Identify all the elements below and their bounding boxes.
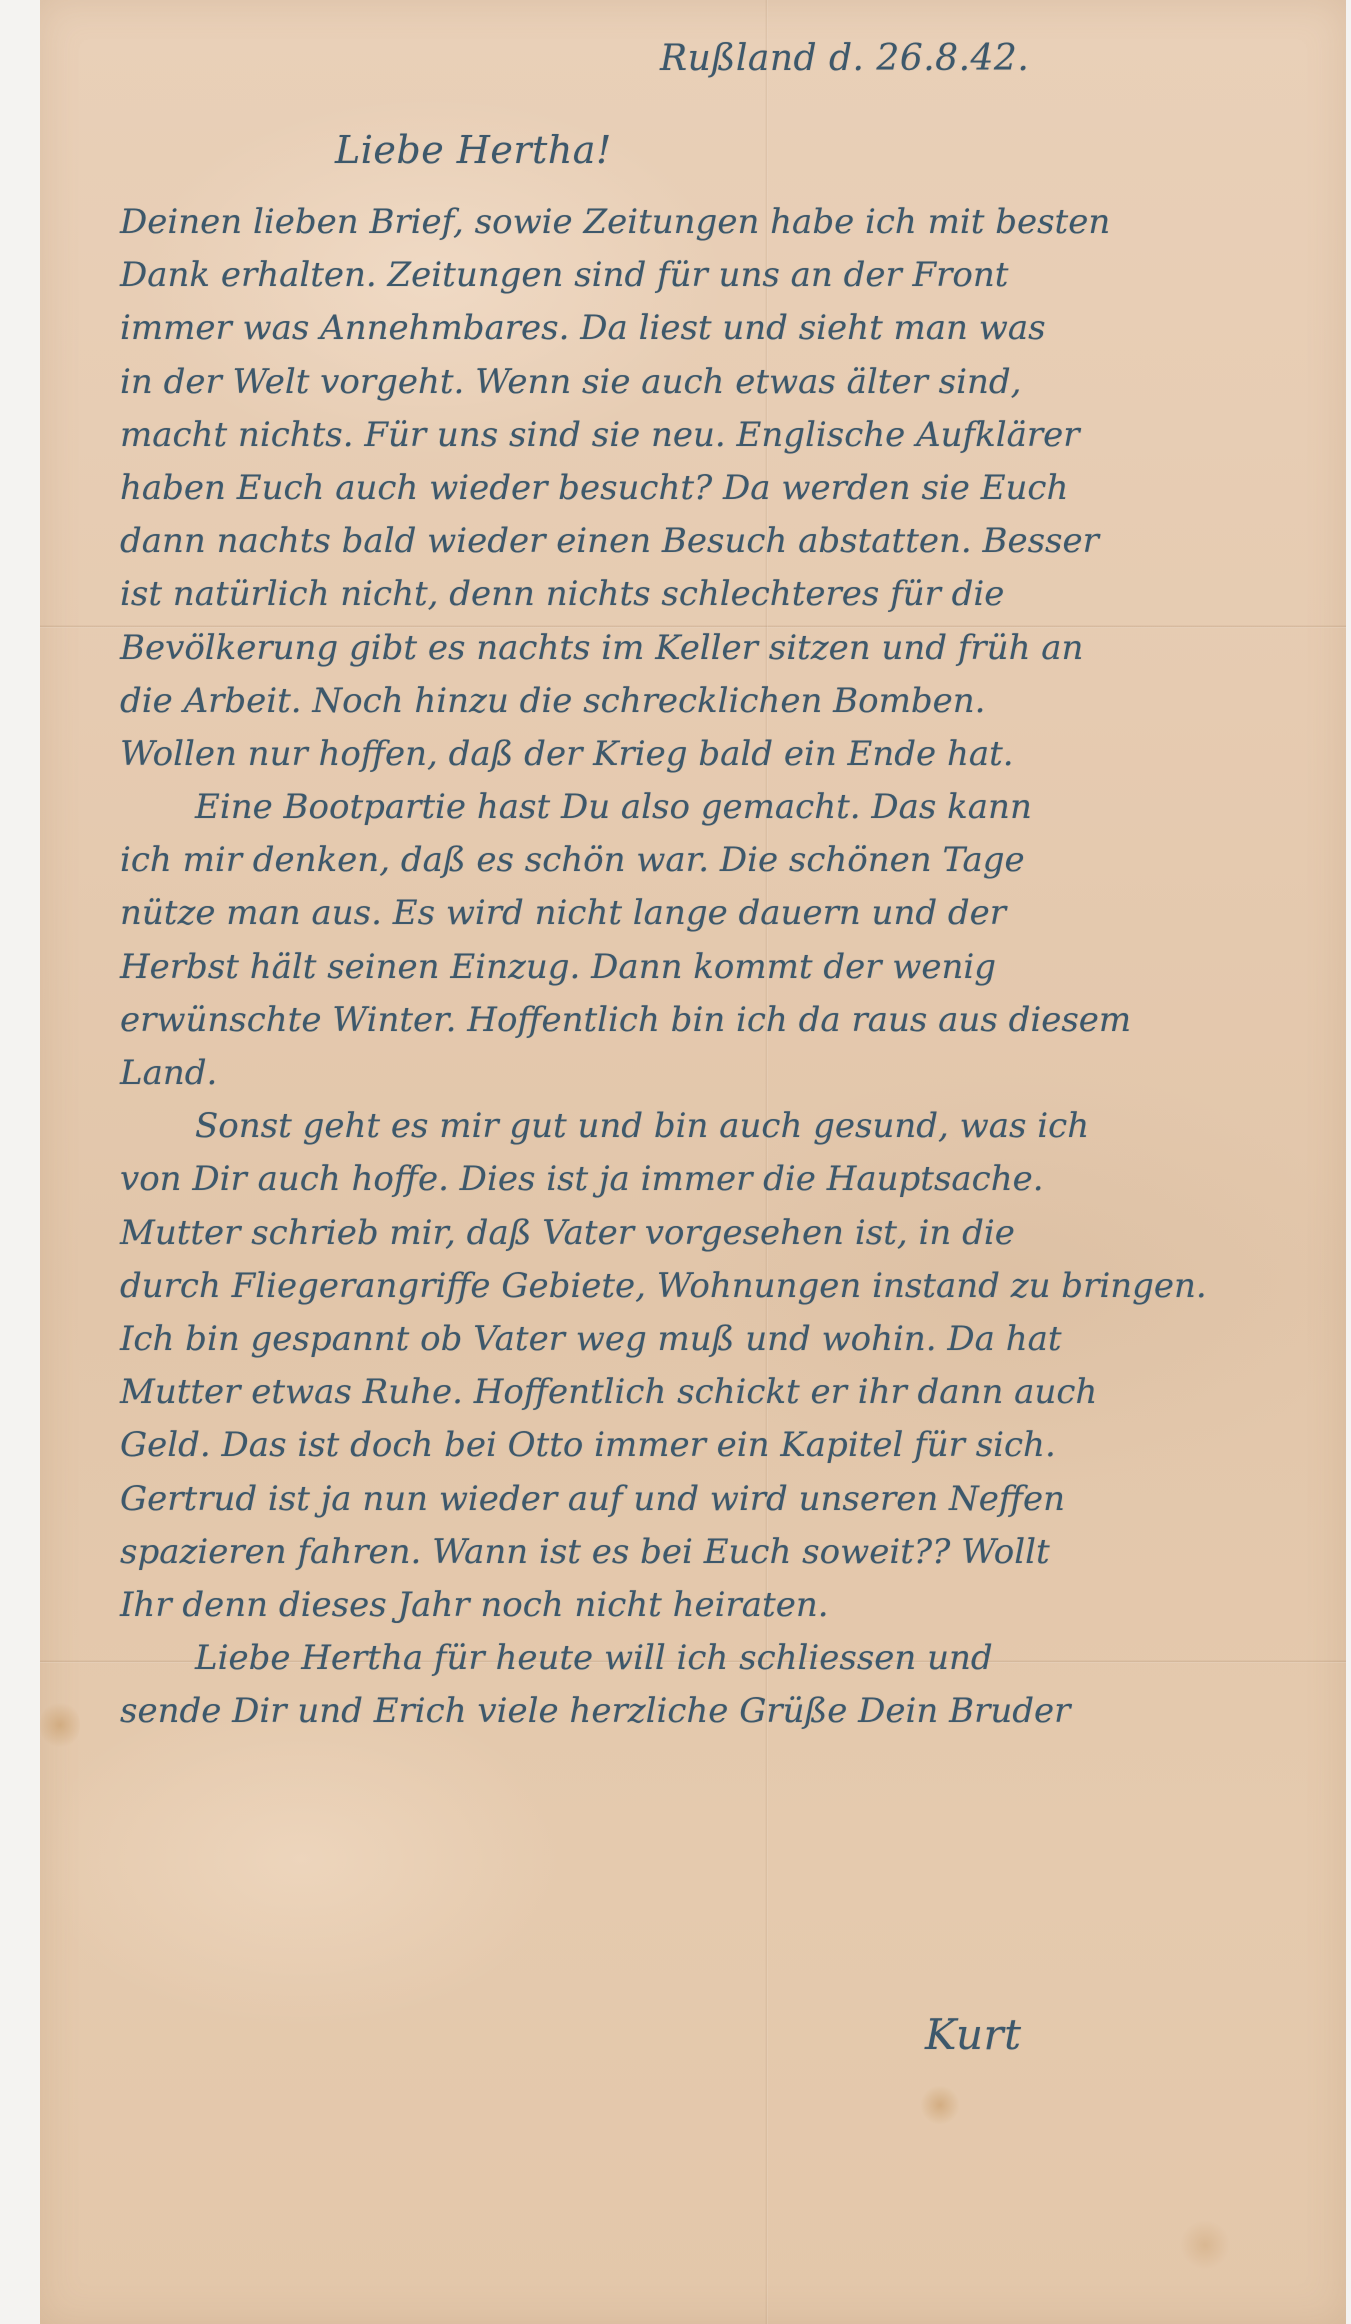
letter-line: immer was Annehmbares. Da liest und sieh… [120, 302, 1320, 355]
stain [1180, 2220, 1230, 2270]
letter-line: Liebe Hertha für heute will ich schliess… [120, 1632, 1320, 1685]
letter-line: Geld. Das ist doch bei Otto immer ein Ka… [120, 1419, 1320, 1472]
letter-line: spazieren fahren. Wann ist es bei Euch s… [120, 1526, 1320, 1579]
letter-body: Deinen lieben Brief, sowie Zeitungen hab… [120, 196, 1320, 1738]
letter-line: Wollen nur hoffen, daß der Krieg bald ei… [120, 728, 1320, 781]
letter-line: erwünschte Winter. Hoffentlich bin ich d… [120, 994, 1320, 1047]
letter-line: Ich bin gespannt ob Vater weg muß und wo… [120, 1313, 1320, 1366]
letter-line: dann nachts bald wieder einen Besuch abs… [120, 515, 1320, 568]
signature: Kurt [925, 2010, 1021, 2059]
letter-line: Mutter schrieb mir, daß Vater vorgesehen… [120, 1207, 1320, 1260]
letter-line: Mutter etwas Ruhe. Hoffentlich schickt e… [120, 1366, 1320, 1419]
letter-line: Bevölkerung gibt es nachts im Keller sit… [120, 622, 1320, 675]
letter-line: Dank erhalten. Zeitungen sind für uns an… [120, 249, 1320, 302]
letter-line: durch Fliegerangriffe Gebiete, Wohnungen… [120, 1260, 1320, 1313]
letter-line: Ihr denn dieses Jahr noch nicht heiraten… [120, 1579, 1320, 1632]
letter-line: Deinen lieben Brief, sowie Zeitungen hab… [120, 196, 1320, 249]
letter-line: Herbst hält seinen Einzug. Dann kommt de… [120, 941, 1320, 994]
stain [920, 2085, 960, 2125]
place-date: Rußland d. 26.8.42. [660, 38, 1029, 79]
letter-line: haben Euch auch wieder besucht? Da werde… [120, 462, 1320, 515]
letter-line: ist natürlich nicht, denn nichts schlech… [120, 568, 1320, 621]
letter-line: nütze man aus. Es wird nicht lange dauer… [120, 887, 1320, 940]
stain [40, 1700, 80, 1750]
letter-line: in der Welt vorgeht. Wenn sie auch etwas… [120, 356, 1320, 409]
letter-line: Land. [120, 1047, 1320, 1100]
letter-line: sende Dir und Erich viele herzliche Grüß… [120, 1685, 1320, 1738]
letter-line: Sonst geht es mir gut und bin auch gesun… [120, 1100, 1320, 1153]
letter-line: die Arbeit. Noch hinzu die schrecklichen… [120, 675, 1320, 728]
letter-line: Eine Bootpartie hast Du also gemacht. Da… [120, 781, 1320, 834]
letter-line: macht nichts. Für uns sind sie neu. Engl… [120, 409, 1320, 462]
letter-line: Gertrud ist ja nun wieder auf und wird u… [120, 1473, 1320, 1526]
letter-line: ich mir denken, daß es schön war. Die sc… [120, 834, 1320, 887]
salutation: Liebe Hertha! [335, 128, 612, 172]
letter-line: von Dir auch hoffe. Dies ist ja immer di… [120, 1153, 1320, 1206]
